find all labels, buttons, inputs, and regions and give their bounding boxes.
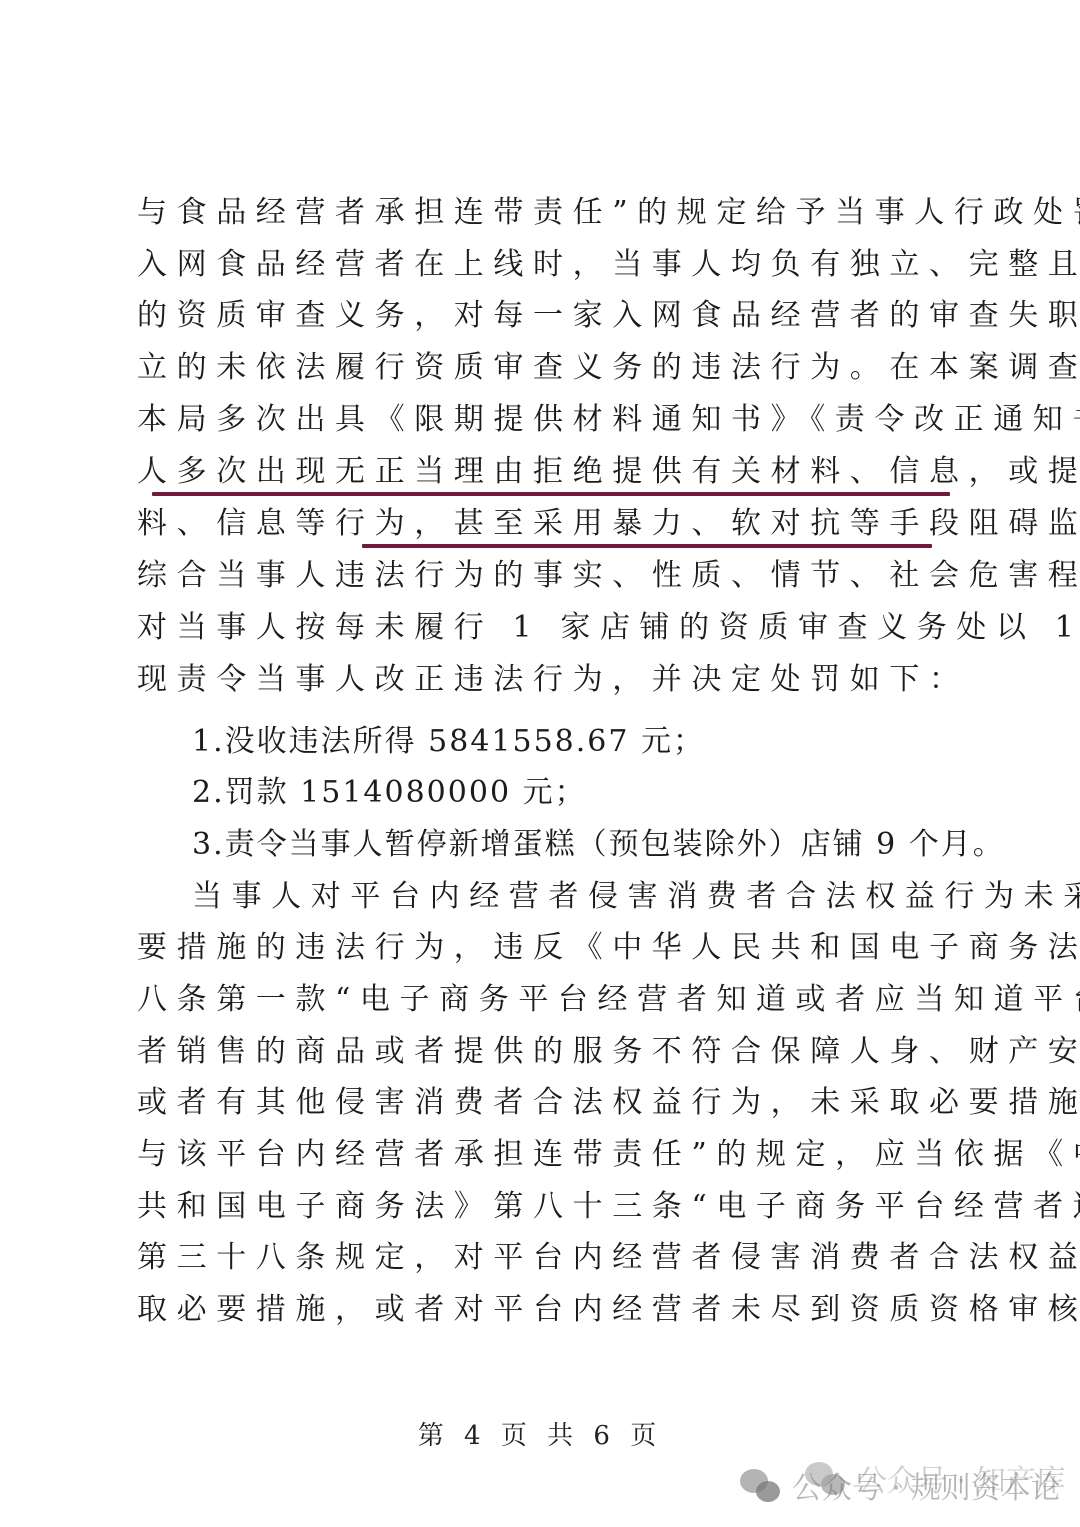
text-line: 对当事人按每未履行 1 家店铺的资质审查义务处以 16 万元罚款。 <box>137 606 957 650</box>
page-number: 第 4 页 共 6 页 <box>0 1418 1080 1454</box>
watermark-text: 公众号 · 知产库 <box>857 1456 1066 1500</box>
watermark: 公众号 · 知产库 <box>805 1453 1066 1503</box>
penalty-item-confiscation: 1.没收违法所得 5841558.67 元； <box>192 720 705 764</box>
document-page: 与食品经营者承担连带责任”的规定给予当事人行政处罚。每家 入网食品经营者在上线时… <box>0 0 1080 1527</box>
text-line: 八条第一款“电子商务平台经营者知道或者应当知道平台内经营 <box>137 978 957 1022</box>
text-line: 综合当事人违法行为的事实、性质、情节、社会危害程度等因素， <box>137 554 957 598</box>
text-line: 或者有其他侵害消费者合法权益行为，未采取必要措施的，依法 <box>137 1081 957 1125</box>
text-line: 者销售的商品或者提供的服务不符合保障人身、财产安全的要求， <box>137 1030 957 1074</box>
wechat-icon <box>805 1460 847 1496</box>
penalty-item-fine: 2.罚款 1514080000 元； <box>192 771 587 815</box>
text-line: 本局多次出具《限期提供材料通知书》《责令改正通知书》，当事 <box>137 398 957 442</box>
text-line: 立的未依法履行资质审查义务的违法行为。在本案调查过程中， <box>137 346 957 390</box>
highlight-underline <box>362 544 932 548</box>
text-line-partially-highlighted: 料、信息等行为，甚至采用暴力、软对抗等手段阻碍监管执法。 <box>137 502 957 546</box>
text-line: 当事人对平台内经营者侵害消费者合法权益行为未采取必 <box>192 875 1012 919</box>
text-line: 与食品经营者承担连带责任”的规定给予当事人行政处罚。每家 <box>137 191 957 235</box>
penalty-item-suspension: 3.责令当事人暂停新增蛋糕（预包装除外）店铺 9 个月。 <box>192 823 1005 867</box>
text-line: 入网食品经营者在上线时，当事人均负有独立、完整且不可替代 <box>137 243 957 287</box>
text-line-highlighted: 人多次出现无正当理由拒绝提供有关材料、信息，或提供虚假材 <box>137 450 957 494</box>
text-line: 要措施的违法行为，违反《中华人民共和国电子商务法》第三十 <box>137 926 957 970</box>
highlight-underline <box>152 492 950 496</box>
text-line: 第三十八条规定，对平台内经营者侵害消费者合法权益行为未采 <box>137 1236 957 1280</box>
text-line: 的资质审查义务，对每一家入网食品经营者的审查失职均构成独 <box>137 294 957 338</box>
text-line: 取必要措施，或者对平台内经营者未尽到资质资格审核义务，或 <box>137 1288 957 1332</box>
text-line: 现责令当事人改正违法行为，并决定处罚如下： <box>137 658 957 702</box>
wechat-icon <box>740 1467 782 1503</box>
text-line: 共和国电子商务法》第八十三条“电子商务平台经营者违反本法 <box>137 1185 957 1229</box>
text-line: 与该平台内经营者承担连带责任”的规定，应当依据《中华人民 <box>137 1133 957 1177</box>
